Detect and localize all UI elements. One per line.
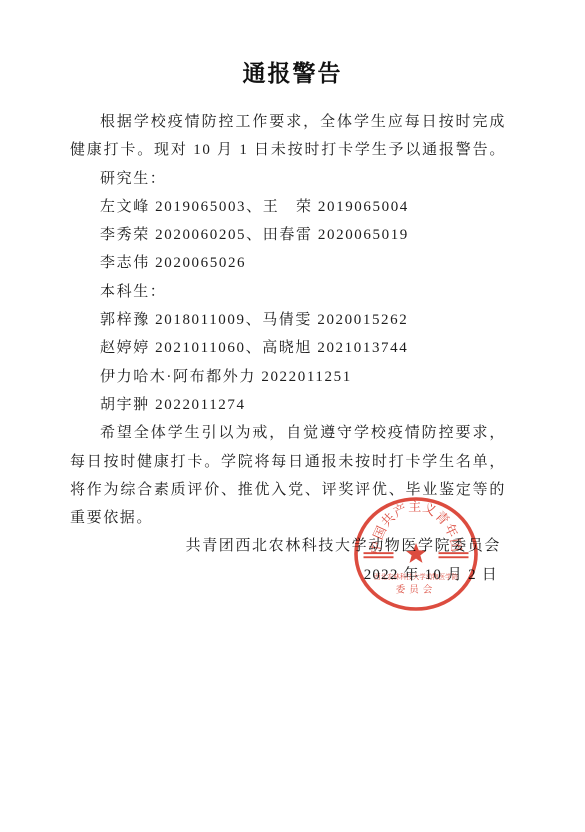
text-line: 胡宇翀 2022011274 [70, 391, 506, 419]
text-line: 将作为综合素质评价、推优入党、评奖评优、毕业鉴定等的 [70, 476, 506, 504]
text-line: 每日按时健康打卡。学院将每日通报未按时打卡学生名单， [70, 448, 506, 476]
text-line: 根据学校疫情防控工作要求，全体学生应每日按时完成 [70, 108, 506, 136]
text-line: 伊力哈木·阿布都外力 2022011251 [70, 363, 506, 391]
text-line: 李秀荣 2020060205、田春雷 2020065019 [70, 221, 506, 249]
text-line: 李志伟 2020065026 [70, 249, 506, 277]
signature-line: 共青团西北农林科技大学动物医学院委员会 [70, 532, 501, 560]
page-title: 通报警告 [0, 57, 585, 89]
text-line: 赵婷婷 2021011060、高晓旭 2021013744 [70, 334, 506, 362]
text-line: 重要依据。 [70, 504, 506, 532]
text-line: 郭梓豫 2018011009、马倩雯 2020015262 [70, 306, 506, 334]
text-line: 希望全体学生引以为戒，自觉遵守学校疫情防控要求， [70, 419, 506, 447]
text-line: 研究生： [70, 165, 506, 193]
text-line: 健康打卡。现对 10 月 1 日未按时打卡学生予以通报警告。 [70, 136, 506, 164]
text-line: 本科生： [70, 278, 506, 306]
date-line: 2022 年 10 月 2 日 [70, 561, 498, 589]
body-lines: 根据学校疫情防控工作要求，全体学生应每日按时完成健康打卡。现对 10 月 1 日… [70, 108, 506, 532]
document-body: 根据学校疫情防控工作要求，全体学生应每日按时完成健康打卡。现对 10 月 1 日… [70, 108, 506, 589]
text-line: 左文峰 2019065003、王 荣 2019065004 [70, 193, 506, 221]
notice-document-page: 通报警告 根据学校疫情防控工作要求，全体学生应每日按时完成健康打卡。现对 10 … [0, 0, 585, 832]
